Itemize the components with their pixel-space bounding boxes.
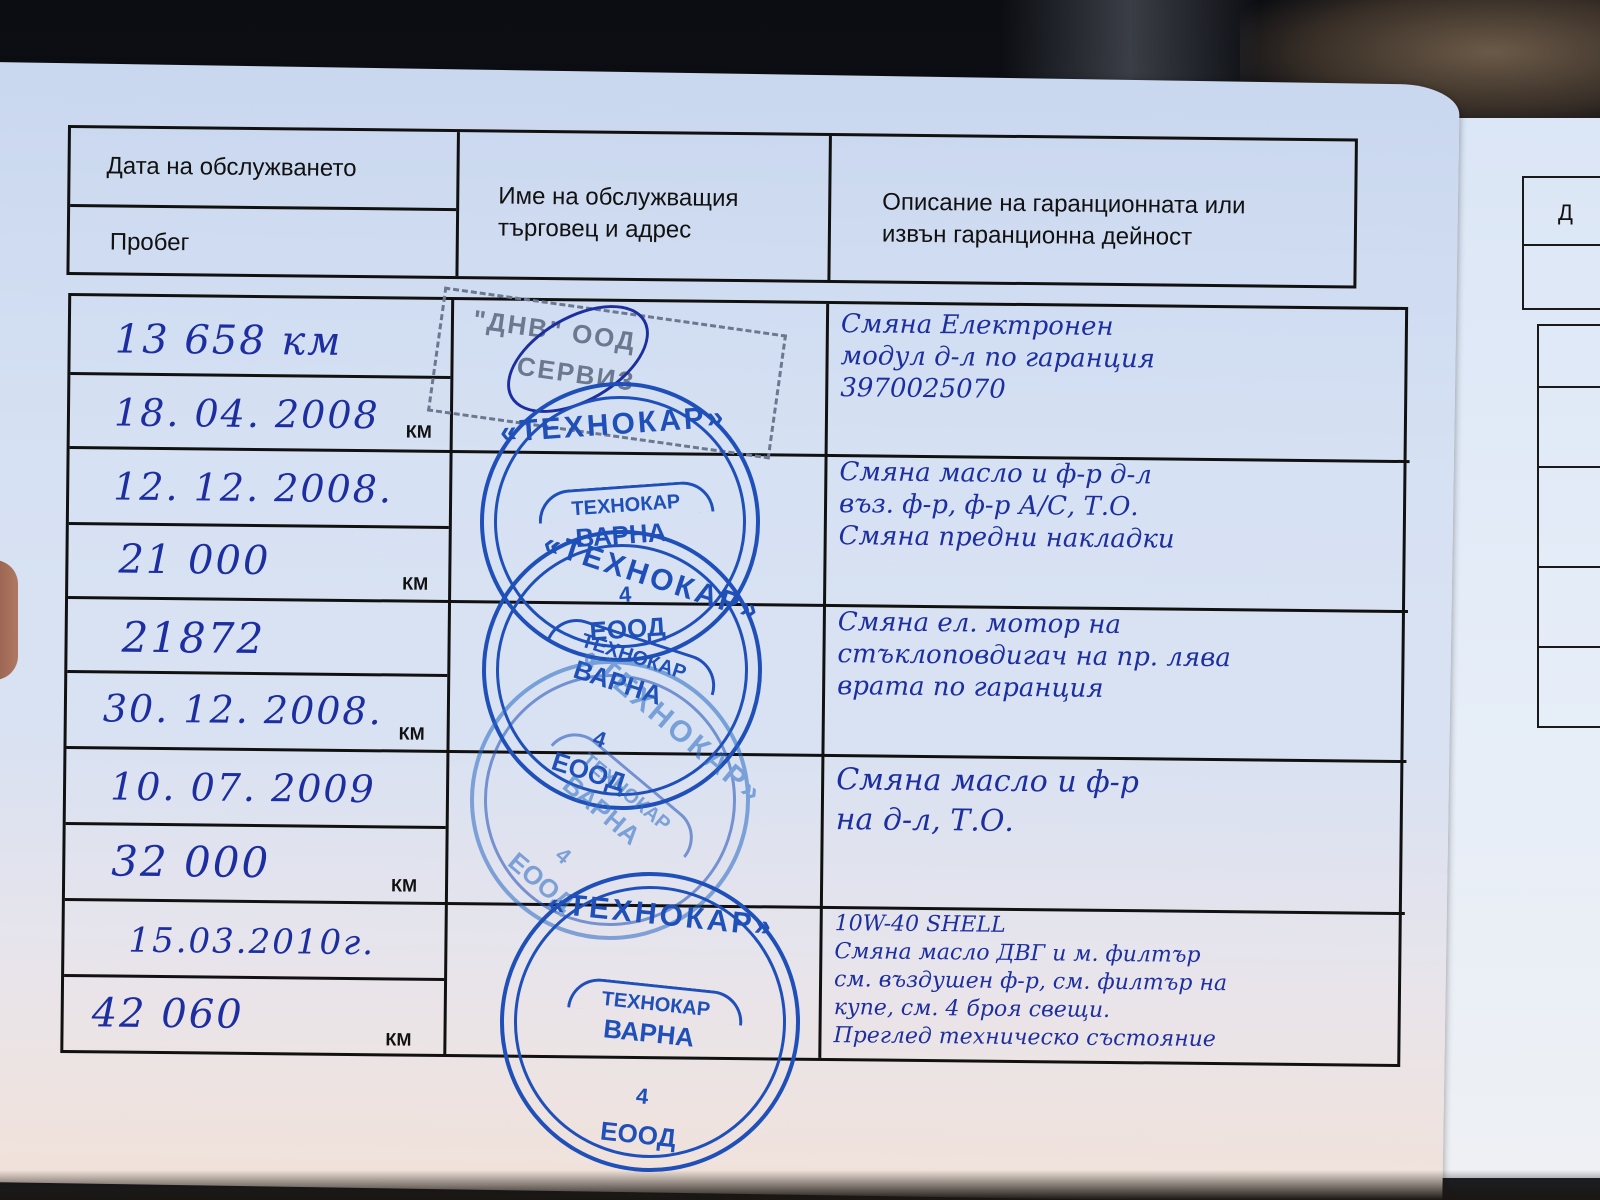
entry-5-km-unit: КМ	[385, 1029, 411, 1050]
mileage-column-label: Пробег	[110, 226, 190, 259]
entry-3-mileage: 21872	[121, 613, 265, 664]
dealer-column-label-line1: Име на обслужващия	[498, 181, 738, 216]
header-dealer-cell: Име на обслужващия търговец и адрес	[455, 132, 831, 280]
holding-finger	[0, 560, 18, 680]
entry-2-km-unit: КМ	[402, 574, 428, 595]
description-column-label-line2: извън гаранционна дейност	[882, 219, 1193, 254]
next-page-table-header: Д	[1522, 176, 1600, 310]
entry-1-date: 18. 04. 2008	[114, 390, 380, 437]
entry-3-description: Смяна ел. мотор на стъклоповдигач на пр.…	[837, 606, 1231, 706]
entry-2-date: 12. 12. 2008.	[113, 464, 393, 511]
entry-2-description: Смяна масло и ф-р д-л въз. ф-р, ф-р А/С,…	[839, 456, 1176, 556]
entry-2-mileage: 21 000	[118, 537, 270, 585]
next-page-header-letter: Д	[1558, 200, 1573, 226]
dealer-column-label-line2: търговец и адрес	[498, 213, 692, 247]
entry-5-mileage: 42 060	[91, 990, 243, 1038]
entry-4-date: 10. 07. 2009	[110, 764, 376, 811]
next-page-table-body	[1537, 324, 1600, 728]
description-column-label-line1: Описание на гаранционната или	[882, 187, 1246, 223]
table-header: Дата на обслужването Пробег Име на обслу…	[66, 125, 1358, 289]
entry-4-mileage: 32 000	[111, 836, 270, 887]
bottom-shadow	[0, 1170, 1600, 1200]
entry-1-km-unit: КМ	[406, 422, 432, 443]
entry-1-mileage: 13 658 км	[115, 317, 343, 365]
entry-1-description: Смяна Електронен модул д-л по гаранция 3…	[840, 308, 1155, 407]
entry-4-km-unit: КМ	[391, 875, 417, 896]
entry-3-km-unit: КМ	[399, 723, 425, 744]
entry-4-description: Смяна масло и ф-р на д-л, Т.О.	[836, 760, 1140, 843]
entry-5-date: 15.03.2010г.	[128, 921, 375, 964]
entry-3-date: 30. 12. 2008.	[103, 686, 383, 733]
header-date-mileage-cell: Дата на обслужването Пробег	[69, 128, 459, 276]
entry-5-description: 10W-40 SHELL Смяна масло ДВГ и м. филтър…	[833, 910, 1227, 1054]
date-column-label: Дата на обслужването	[106, 150, 356, 185]
